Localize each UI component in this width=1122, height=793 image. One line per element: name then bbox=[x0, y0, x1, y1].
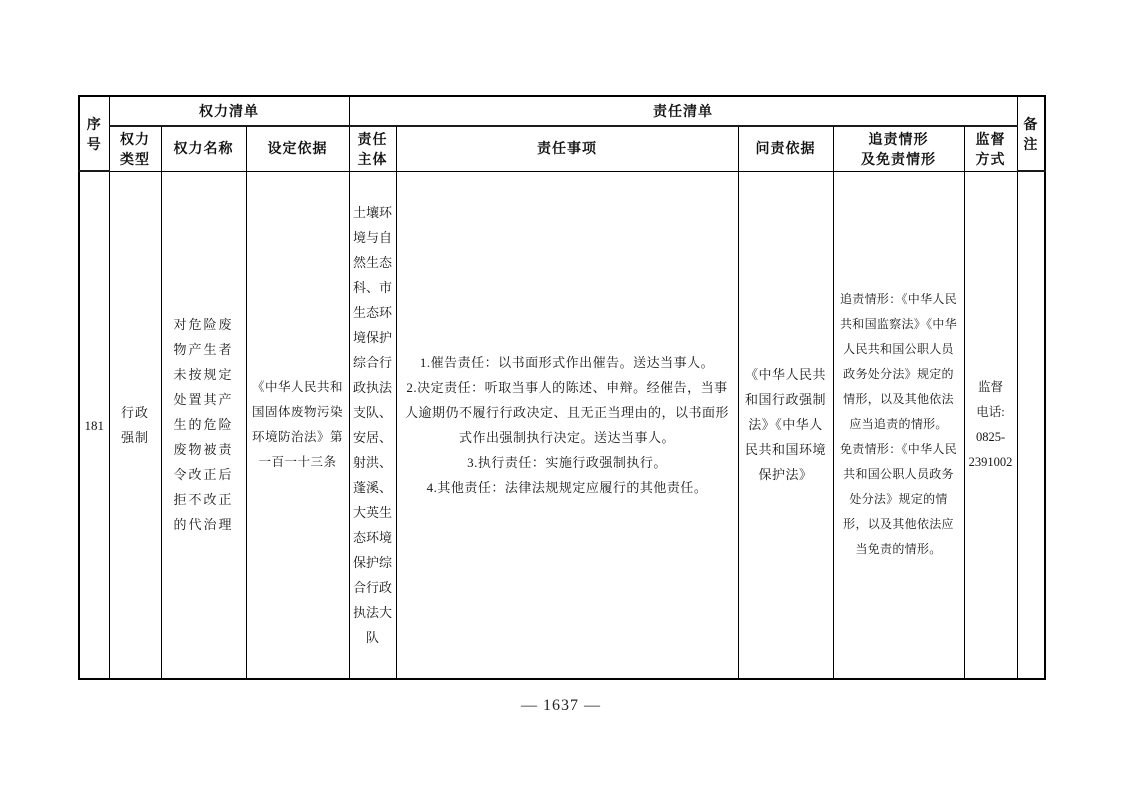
cell-supervision-method: 监督 电话: 0825- 2391002 bbox=[964, 171, 1017, 679]
duty-matter-item: 2.决定责任：听取当事人的陈述、申辩。经催告，当事人逾期仍不履行行政决定、且无正… bbox=[404, 375, 731, 450]
header-setting-basis: 设定依据 bbox=[246, 126, 349, 171]
header-serial-no: 序 号 bbox=[79, 96, 109, 171]
cell-accountability-basis: 《中华人民共和国行政强制法》《中华人民共和国环境保护法》 bbox=[738, 171, 833, 679]
supervision-line: 监督 bbox=[969, 375, 1013, 400]
header-power-type: 权力 类型 bbox=[109, 126, 161, 171]
cell-remark bbox=[1017, 171, 1045, 679]
pursuit-paragraph: 追责情形：《中华人民共和国监察法》《中华人民共和国公职人员政务处分法》规定的情形… bbox=[840, 287, 958, 437]
cell-pursuit-exemption: 追责情形：《中华人民共和国监察法》《中华人民共和国公职人员政务处分法》规定的情形… bbox=[833, 171, 964, 679]
header-power-list: 权力清单 bbox=[109, 96, 349, 126]
exemption-paragraph: 免责情形：《中华人民共和国公职人员政务处分法》规定的情形，以及其他依法应当免责的… bbox=[840, 437, 958, 562]
header-accountability-basis: 问责依据 bbox=[738, 126, 833, 171]
table-row: 181 行政强制 对危险废物产生者未按规定处置其产生的危险废物被责令改正后拒不改… bbox=[79, 171, 1045, 679]
header-duty-subject: 责任 主体 bbox=[349, 126, 396, 171]
cell-power-type: 行政强制 bbox=[109, 171, 161, 679]
sub-header-row: 权力 类型 权力名称 设定依据 责任 主体 责任事项 问责依据 追责情形 及免责… bbox=[79, 126, 1045, 171]
cell-serial-no: 181 bbox=[79, 171, 109, 679]
header-duty-matters: 责任事项 bbox=[396, 126, 738, 171]
cell-power-name: 对危险废物产生者未按规定处置其产生的危险废物被责令改正后拒不改正的代治理 bbox=[161, 171, 246, 679]
group-header-row: 序 号 权力清单 责任清单 备 注 bbox=[79, 96, 1045, 126]
supervision-line: 0825- bbox=[969, 425, 1013, 450]
header-supervision-method: 监督 方式 bbox=[964, 126, 1017, 171]
cell-duty-subject: 土壤环境与自然生态科、市生态环境保护综合行政执法支队、安居、射洪、蓬溪、大英生态… bbox=[349, 171, 396, 679]
header-power-name: 权力名称 bbox=[161, 126, 246, 171]
duty-matter-item: 4.其他责任：法律法规规定应履行的其他责任。 bbox=[404, 475, 731, 500]
power-duty-table: 序 号 权力清单 责任清单 备 注 权力 类型 权力名称 设定依据 责任 bbox=[78, 95, 1046, 680]
supervision-line: 2391002 bbox=[969, 450, 1013, 475]
header-remark: 备 注 bbox=[1017, 96, 1045, 171]
duty-matter-item: 3.执行责任：实施行政强制执行。 bbox=[404, 450, 731, 475]
page-number: — 1637 — bbox=[0, 697, 1122, 715]
cell-setting-basis: 《中华人民共和国固体废物污染环境防治法》第一百一十三条 bbox=[246, 171, 349, 679]
supervision-line: 电话: bbox=[969, 400, 1013, 425]
cell-duty-matters: 1.催告责任：以书面形式作出催告。送达当事人。 2.决定责任：听取当事人的陈述、… bbox=[396, 171, 738, 679]
header-duty-list: 责任清单 bbox=[349, 96, 1017, 126]
document-page: 序 号 权力清单 责任清单 备 注 权力 类型 权力名称 设定依据 责任 bbox=[0, 0, 1122, 793]
duty-matter-item: 1.催告责任：以书面形式作出催告。送达当事人。 bbox=[404, 350, 731, 375]
header-pursuit-exemption: 追责情形 及免责情形 bbox=[833, 126, 964, 171]
